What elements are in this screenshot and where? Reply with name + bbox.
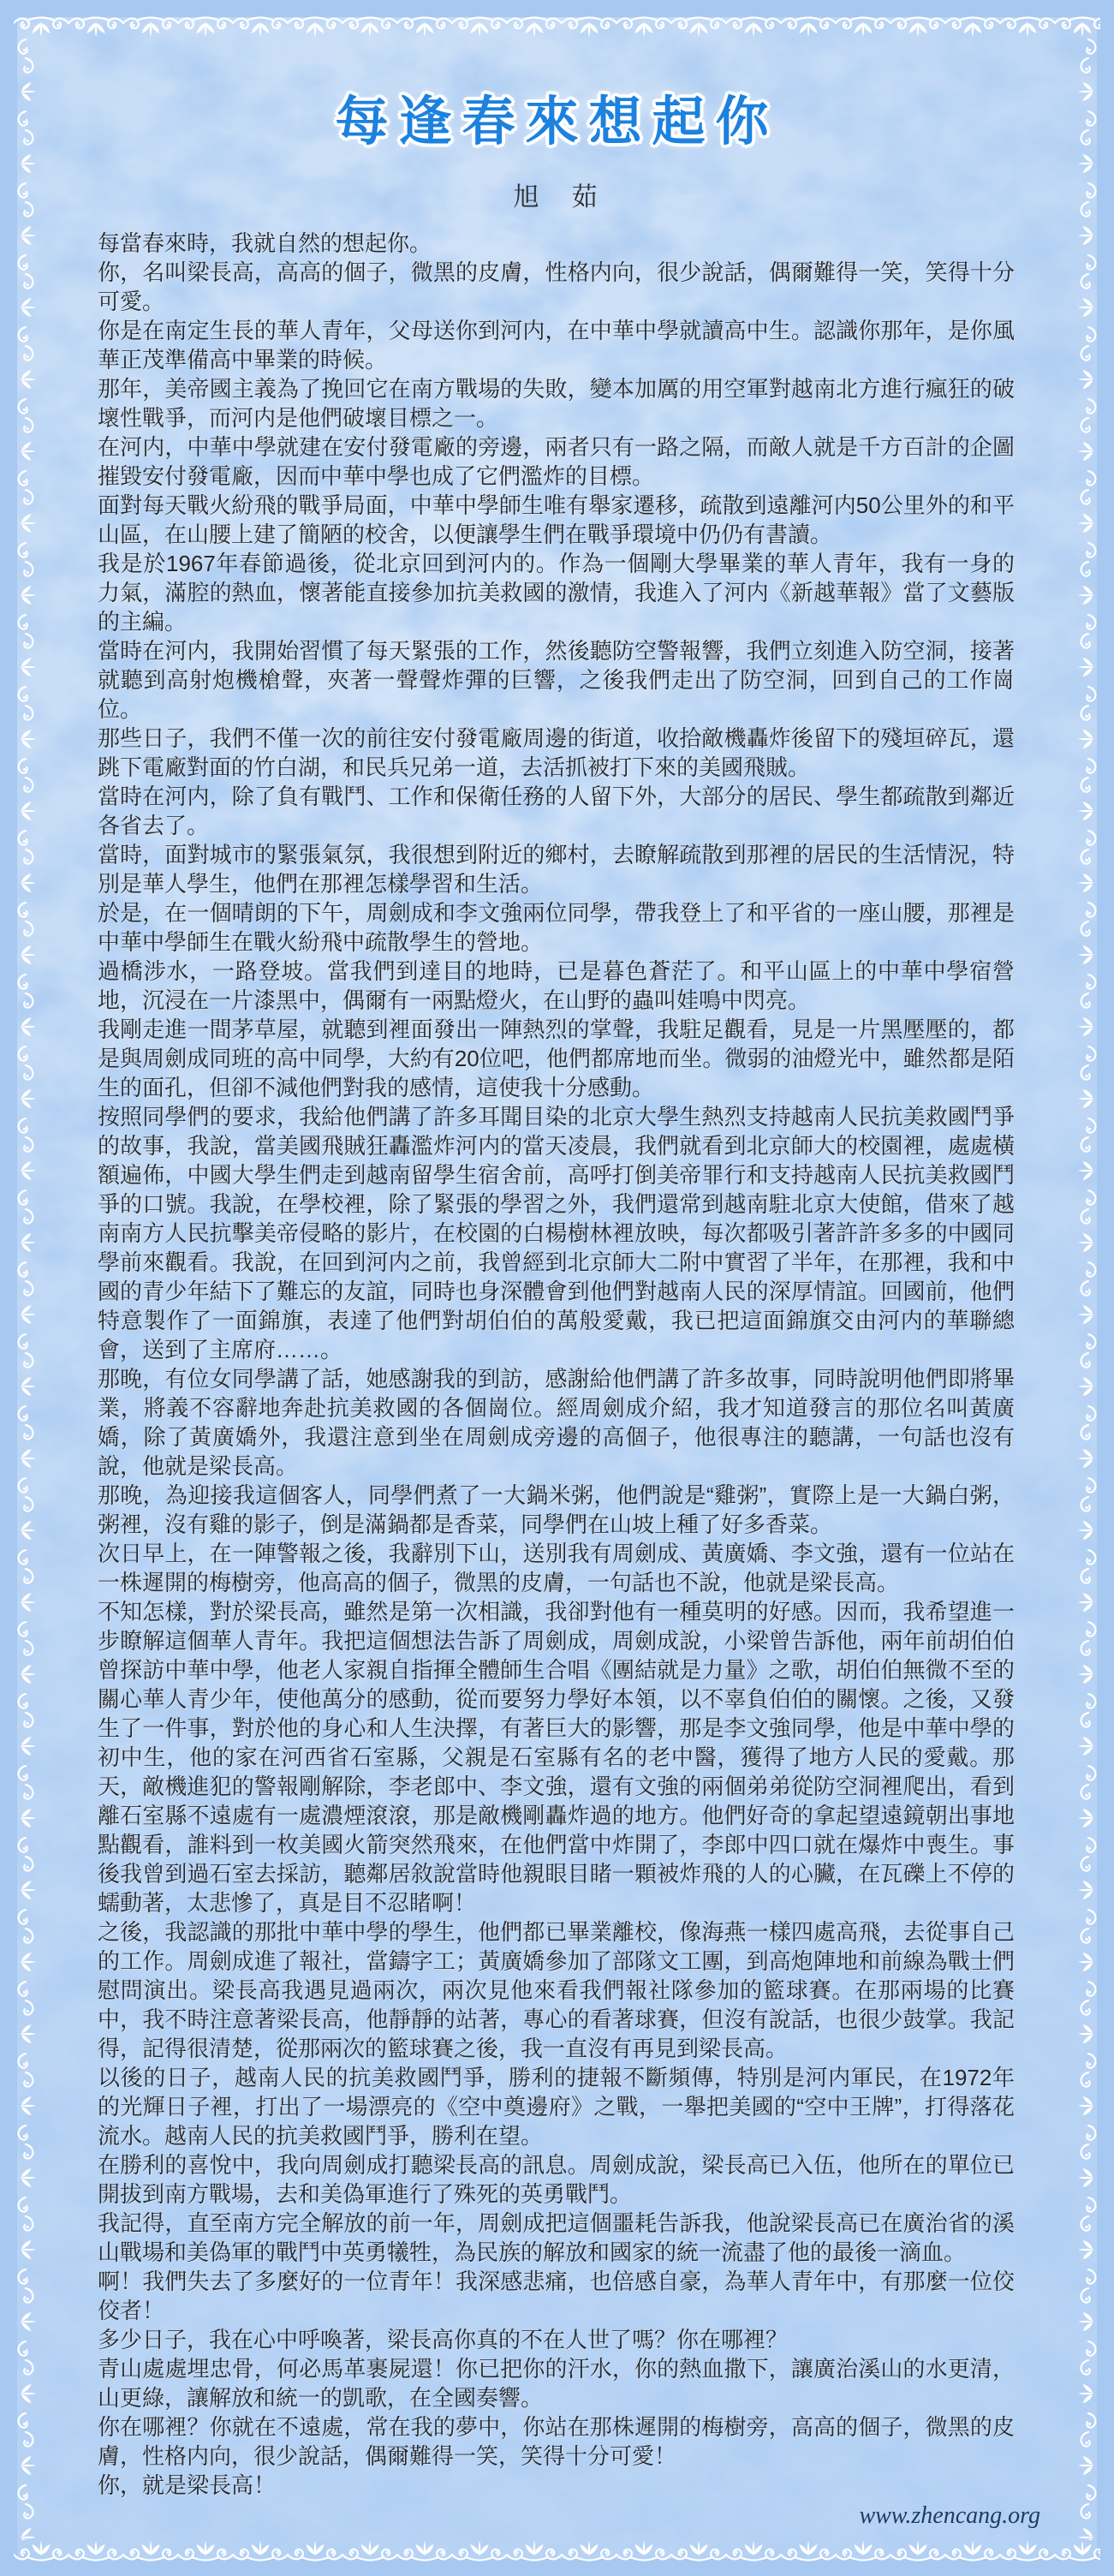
paragraph: 以後的日子，越南人民的抗美救國鬥爭，勝利的捷報不斷頻傳，特別是河内軍民，在197… (98, 2063, 1015, 2150)
paragraph: 多少日子，我在心中呼喚著，梁長高你真的不在人世了嗎？你在哪裡？ (98, 2325, 1015, 2354)
paragraph: 青山處處埋忠骨，何必馬革裹屍還！你已把你的汗水，你的熱血撒下，讓廣治溪山的水更清… (98, 2354, 1015, 2412)
article-body: 每當春來時，我就自然的想起你。你，名叫梁長高，高高的個子，微黑的皮膚，性格内向，… (98, 229, 1015, 2500)
paragraph: 之後，我認識的那批中華中學的學生，他們都已畢業離校，像海燕一樣四處高飛，去從事自… (98, 1917, 1015, 2063)
paragraph: 那晚，為迎接我這個客人，同學們煮了一大鍋米粥，他們說是“雞粥”，實際上是一大鍋白… (98, 1481, 1015, 1539)
paragraph: 於是，在一個晴朗的下午，周劍成和李文強兩位同學，帶我登上了和平省的一座山腰，那裡… (98, 898, 1015, 957)
paragraph: 不知怎樣，對於梁長高，雖然是第一次相識，我卻對他有一種莫明的好感。因而，我希望進… (98, 1597, 1015, 1917)
paragraph: 那些日子，我們不僅一次的前往安付發電廠周邊的街道，收拾敵機轟炸後留下的殘垣碎瓦，… (98, 724, 1015, 782)
paragraph: 面對每天戰火紛飛的戰爭局面，中華中學師生唯有舉家遷移，疏散到遠離河内50公里外的… (98, 491, 1015, 549)
paragraph: 當時，面對城市的緊張氣氛，我很想到附近的鄉村，去瞭解疏散到那裡的居民的生活情況，… (98, 840, 1015, 898)
paragraph: 在河内，中華中學就建在安付發電廠的旁邊，兩者只有一路之隔，而敵人就是千方百計的企… (98, 432, 1015, 491)
page-title: 每逢春來想起你 (0, 0, 1114, 155)
paragraph: 我是於1967年春節過後，從北京回到河内的。作為一個剛大學畢業的華人青年，我有一… (98, 549, 1015, 636)
paragraph: 你，就是梁長高！ (98, 2471, 1015, 2500)
paragraph: 你，名叫梁長高，高高的個子，微黑的皮膚，性格内向，很少說話，偶爾難得一笑，笑得十… (98, 258, 1015, 316)
paragraph: 按照同學們的要求，我給他們講了許多耳聞目染的北京大學生熱烈支持越南人民抗美救國鬥… (98, 1102, 1015, 1364)
paragraph: 次日早上，在一陣警報之後，我辭別下山，送別我有周劍成、黃廣嬌、李文強，還有一位站… (98, 1539, 1015, 1597)
paragraph: 每當春來時，我就自然的想起你。 (98, 229, 1015, 258)
memorial-article-page: 每逢春來想起你 旭 茹 每當春來時，我就自然的想起你。你，名叫梁長高，高高的個子… (0, 0, 1114, 2576)
watermark: www.zhencang.org (859, 2502, 1040, 2530)
paragraph: 在勝利的喜悅中，我向周劍成打聽梁長高的訊息。周劍成說，梁長高已入伍，他所在的單位… (98, 2150, 1015, 2209)
paragraph: 那年，美帝國主義為了挽回它在南方戰場的失敗，變本加厲的用空軍對越南北方進行瘋狂的… (98, 374, 1015, 432)
article-content: 每逢春來想起你 旭 茹 每當春來時，我就自然的想起你。你，名叫梁長高，高高的個子… (0, 0, 1114, 2500)
paragraph: 啊！我們失去了多麼好的一位青年！我深感悲痛，也倍感自豪，為華人青年中，有那麼一位… (98, 2267, 1015, 2325)
paragraph: 你是在南定生長的華人青年，父母送你到河内，在中華中學就讀高中生。認識你那年，是你… (98, 316, 1015, 374)
paragraph: 過橋涉水，一路登坡。當我們到達目的地時，已是暮色蒼茫了。和平山區上的中華中學宿營… (98, 957, 1015, 1015)
author-name: 旭 茹 (0, 176, 1114, 213)
paragraph: 當時在河内，除了負有戰鬥、工作和保衛任務的人留下外，大部分的居民、學生都疏散到鄰… (98, 782, 1015, 840)
paragraph: 我剛走進一間茅草屋，就聽到裡面發出一陣熱烈的掌聲，我駐足觀看，見是一片黑壓壓的，… (98, 1015, 1015, 1102)
paragraph: 你在哪裡？你就在不遠處，常在我的夢中，你站在那株遲開的梅樹旁，高高的個子，微黑的… (98, 2412, 1015, 2471)
paragraph: 我記得，直至南方完全解放的前一年，周劍成把這個噩耗告訴我，他說梁長高已在廣治省的… (98, 2209, 1015, 2267)
paragraph: 當時在河内，我開始習慣了每天緊張的工作，然後聽防空警報響，我們立刻進入防空洞，接… (98, 636, 1015, 724)
paragraph: 那晚，有位女同學講了話，她感謝我的到訪，感謝給他們講了許多故事，同時說明他們即將… (98, 1364, 1015, 1481)
